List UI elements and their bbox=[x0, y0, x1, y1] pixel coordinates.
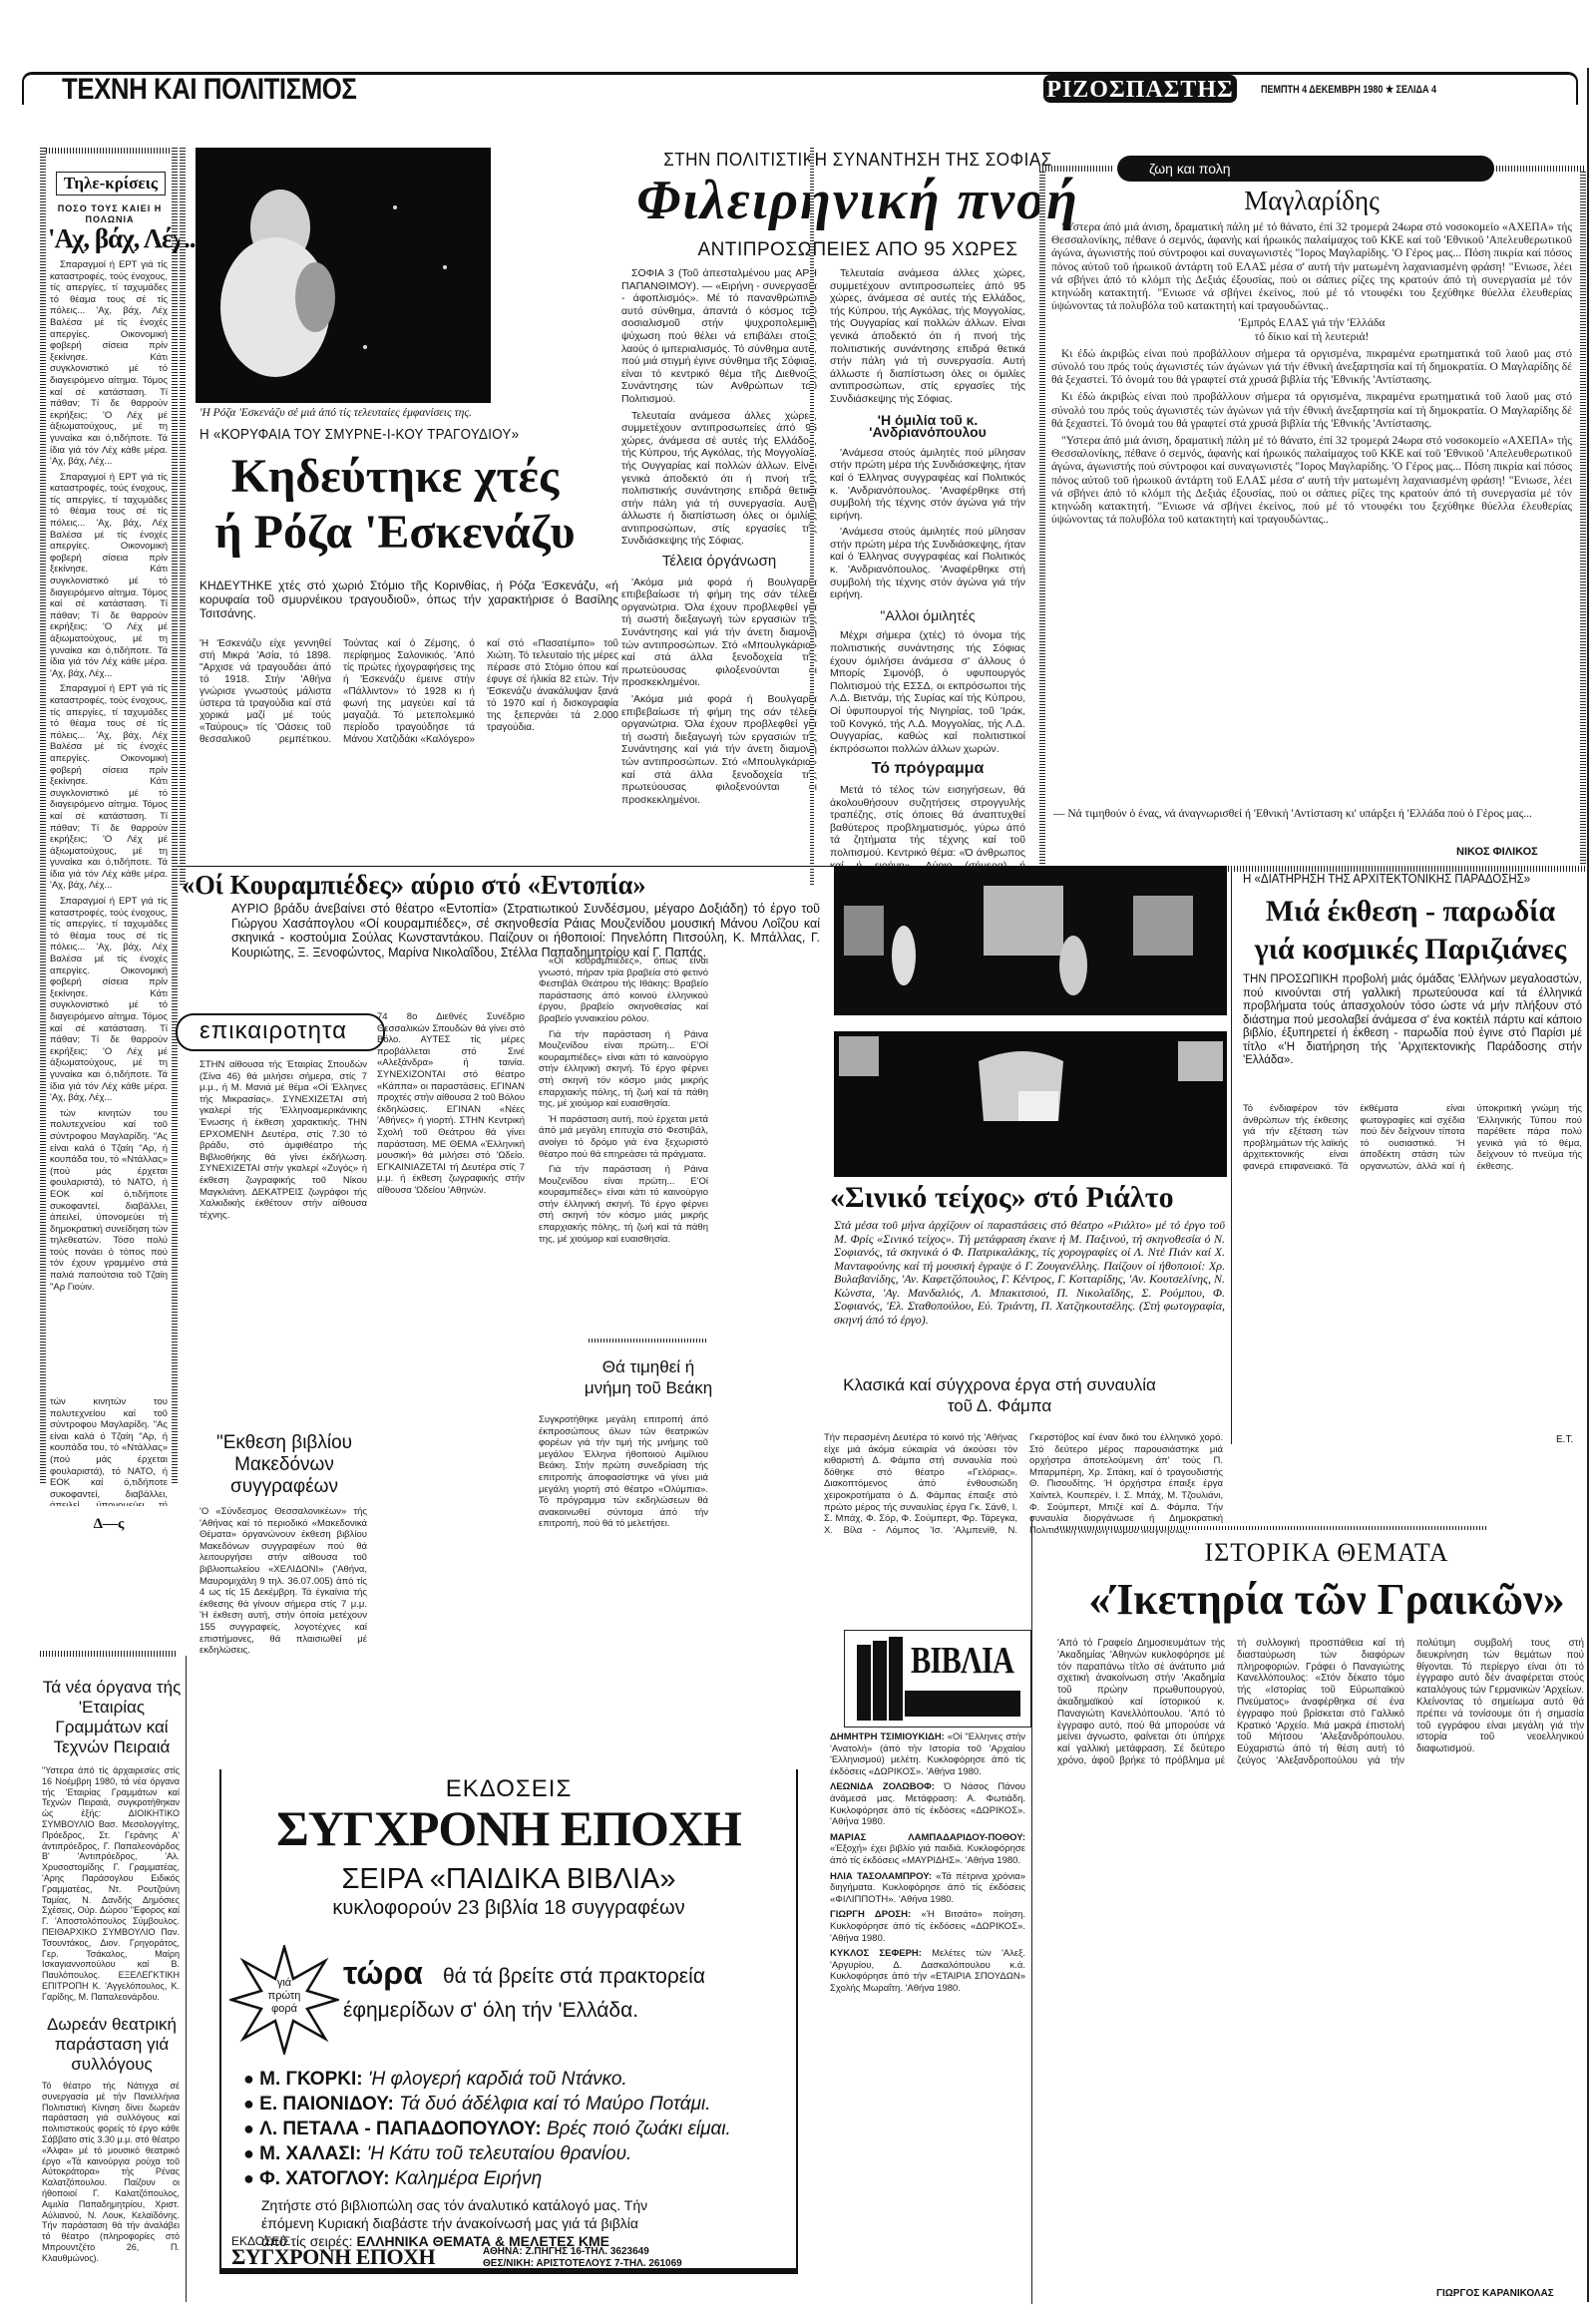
eskenazi-headline-1: Κηδεύτηκε χτές bbox=[196, 451, 595, 503]
section-hatch-rule bbox=[589, 1339, 708, 1343]
ad-address-thess: ΘΕΣ/ΝΙΚΗ: ΑΡΙΣΤΟΤΕΛΟΥΣ 7-ΤΗΛ. 261069 bbox=[483, 2258, 682, 2269]
box-border-top bbox=[1496, 166, 1586, 172]
tilekriseis-box-label: Τηλε-κρίσεις bbox=[56, 172, 166, 195]
page-edge-rule bbox=[1587, 68, 1589, 2302]
ad-subline: κυκλοφορούν 23 βιβλία 18 συγγραφέων bbox=[221, 1897, 796, 1920]
box-border-top bbox=[40, 148, 170, 154]
zoi-body: "Υστερα άπό μιά άνιση, δραματική πάλη μέ… bbox=[1051, 221, 1572, 860]
vivlia-logo: ΒΙΒΛΙΑ bbox=[844, 1630, 1031, 1728]
section-title: ΤΕΧΝΗ ΚΑΙ ΠΟΛΙΤΙΣΜΟΣ bbox=[62, 73, 356, 107]
eskenazi-photo bbox=[196, 148, 491, 403]
ekthesi-headline: "Εκθεση βιβλίου Μακεδόνων συγγραφέων bbox=[199, 1432, 369, 1498]
eskenazi-body: 'Η 'Εσκενάζυ είχε γεννηθεί στή Μικρά 'Ασ… bbox=[199, 638, 618, 878]
ad-book-list: ● Μ. ΓΚΟΡΚΙ: 'Η φλογερή καρδιά τοῦ Ντάνκ… bbox=[243, 2067, 792, 2191]
siniko-body: Στά μέσα τοῦ μήνα άρχίζουν οί παραστάσει… bbox=[834, 1219, 1225, 1368]
dorean-headline: Δωρεάν θεατρική παράσταση γιά συλλόγους bbox=[42, 2015, 182, 2075]
ad-publisher-name: ΣΥΓΧΡΟΝΗ ΕΠΟΧΗ bbox=[221, 1799, 796, 1857]
istorika-signature: ΓΙΩΡΓΟΣ ΚΑΡΑΝΙΚΟΛΑΣ bbox=[1436, 2288, 1554, 2299]
sofia-section-programma: Τό πρόγραμμα bbox=[830, 763, 1025, 776]
siniko-headline: «Σινικό τείχος» στό Ριάλτο bbox=[830, 1181, 1229, 1215]
dorean-body: Τό θέατρο τής Νάτιγχα σέ συνεργασία μέ τ… bbox=[42, 2081, 180, 2302]
parodia-headline-1: Μιά έκθεση - παρωδία bbox=[1233, 894, 1588, 930]
stage-photo-icon bbox=[834, 866, 1227, 1015]
singer-photo-icon bbox=[196, 148, 491, 403]
vivlia-list: ΔΗΜΗΤΡΗ ΤΣΙΜΙΟΥΚΙΔΗ: «Οί "Ελληνες στήν '… bbox=[830, 1732, 1025, 2302]
section-rule bbox=[178, 866, 836, 867]
fampas-headline: Κλασικά καί σύγχρονα έργα στή συναυλία τ… bbox=[830, 1374, 1169, 1416]
istorika-headline: «Ίκετηρία τῶν Γραικῶν» bbox=[1057, 1574, 1596, 1626]
eskenazi-caption: 'Η Ρόζα 'Εσκενάζυ σέ μιά άπό τίς τελευτα… bbox=[199, 407, 598, 419]
box-border-bottom bbox=[40, 1651, 178, 1657]
istorika-kicker: ΙΣΤΟΡΙΚΑ ΘΕΜΑΤΑ bbox=[1057, 1538, 1596, 1568]
kourampiedes-headline: «Οί Κουραμπιέδες» αύριο στό «Εντοπία» bbox=[182, 870, 807, 901]
parodia-lead: ΤΗΝ ΠΡΟΣΩΠΙΚΗ προβολή μιάς όμάδας 'Ελλήν… bbox=[1243, 973, 1582, 1068]
ad-book-item: ● Λ. ΠΕΤΑΛΑ - ΠΑΠΑΔΟΠΟΥΛΟΥ: Βρές ποιό ζω… bbox=[243, 2117, 792, 2141]
box-border-right bbox=[172, 148, 178, 1484]
zoi-quote: — Νά τιμηθούν ό ένας, νά άναγνωρισθεί ή … bbox=[1053, 808, 1572, 821]
ad-book-item: ● Μ. ΓΚΟΡΚΙ: 'Η φλογερή καρδιά τοῦ Ντάνκ… bbox=[243, 2067, 792, 2092]
ad-burst: γιά πρώτη φορά bbox=[229, 1945, 339, 2055]
sofia-body-a: ΣΟΦΙΑ 3 (Τοῦ άπεσταλμένου μας ΑΡΗ ΠΑΠΑΝΘ… bbox=[621, 267, 817, 866]
zoi-signature: ΝΙΚΟΣ ΦΙΛΙΚΟΣ bbox=[1456, 846, 1538, 858]
tilekriseis-kicker: ΠΟΣΟ ΤΟΥΣ ΚΑΙΕΙ Η ΠΟΛΩΝΙΑ bbox=[52, 203, 168, 225]
ad-now-word: τώρα bbox=[343, 1955, 423, 1992]
sofia-body-b: Τελευταία ανάμεσα άλλες χώρες, συμμετέχο… bbox=[830, 267, 1025, 866]
zoi-verse-2: τό δίκιο καί τή λευτεριά! bbox=[1051, 331, 1572, 344]
epikairotita-col2: 74 8ο Διεθνές Συνέδριο Θεσσαλικών Σπουδώ… bbox=[377, 1011, 525, 1749]
parodia-kicker: Η «ΔΙΑΤΗΡΗΣΗ ΤΗΣ ΑΡΧΙΤΕΚΤΟΝΙΚΗΣ ΠΑΡΑΔΟΣΗ… bbox=[1243, 872, 1530, 886]
column-hatch-rule bbox=[810, 148, 814, 886]
etairia-body: "Υστερα άπό τίς άρχαιρεσίες στίς 16 Νοέμ… bbox=[42, 1765, 180, 2005]
kourampiedes-photo bbox=[834, 866, 1227, 1015]
ad-box: ΕΚΔΟΣΕΙΣ ΣΥΓΧΡΟΝΗ ΕΠΟΧΗ ΣΕΙΡΑ «ΠΑΙΔΙΚΑ Β… bbox=[219, 1769, 798, 2274]
epikairotita-label: επικαιροτητα bbox=[176, 1013, 385, 1051]
veakis-body: Συγκροτήθηκε μεγάλη επιτροπή άπό έκπροσώ… bbox=[539, 1414, 708, 1714]
books-icon bbox=[853, 1635, 913, 1725]
parodia-signature: Ε.Τ. bbox=[1556, 1434, 1573, 1445]
sofia-section-teleia: Τέλεια όργάνωση bbox=[621, 556, 817, 569]
zoi-tab-label: ζωη και πολη bbox=[1117, 156, 1494, 182]
etairia-headline: Τά νέα όργανα τής 'Εταιρίας Γραμμάτων κα… bbox=[42, 1678, 182, 1757]
column-rule bbox=[1231, 866, 1232, 1444]
tilekriseis-signature: Δ—ς bbox=[50, 1516, 168, 1533]
veakis-headline: Θά τιμηθεί ή μνήμη τοῦ Βεάκη bbox=[579, 1356, 718, 1398]
ad-book-item: ● Ε. ΠΑΙΟΝΙΔΟΥ: Τά δυό άδέλφια καί τό Μα… bbox=[243, 2092, 792, 2117]
ad-catalog: Ζητήστε στό βιβλιοπώλη σας τόν άναλυτικό… bbox=[261, 2196, 790, 2250]
masthead: ΤΕΧΝΗ ΚΑΙ ΠΟΛΙΤΙΣΜΟΣ ΡΙΖΟΣΠΑΣΤΗΣ ΠΕΜΠΤΗ … bbox=[22, 72, 1578, 105]
ad-address-athens: ΑΘΗΝΑ: Ζ.ΠΗΓΗΣ 16-ΤΗΛ. 3623649 bbox=[483, 2246, 649, 2257]
ekthesi-body: 'Ο «Σύνδεσμος Θεσσαλονικέων» τής 'Αθήνας… bbox=[199, 1506, 367, 1696]
zoi-verse-1: 'Εμπρός ΕΛΑΣ γιά τήν 'Ελλάδα bbox=[1051, 317, 1572, 330]
ad-book-item: ● Φ. ΧΑΤΟΓΛΟΥ: Καλημέρα Ειρήνη bbox=[243, 2166, 792, 2191]
epikairotita-col3: «Οί κουραμπιέδες», όπως είναι γνωστό, πή… bbox=[539, 956, 708, 1853]
newspaper-logo: ΡΙΖΟΣΠΑΣΤΗΣ bbox=[1043, 75, 1237, 103]
column-rule bbox=[186, 1656, 187, 2302]
eskenazi-headline-2: ή Ρόζα 'Εσκενάζυ bbox=[196, 507, 595, 559]
zoi-headline: Μαγλαρίδης bbox=[1047, 186, 1576, 216]
ad-now-line2: έφημερίδων σ' όλη τήν 'Ελλάδα. bbox=[343, 1999, 638, 2023]
ad-series: ΣΕΙΡΑ «ΠΑΙΔΙΚΑ ΒΙΒΛΙΑ» bbox=[221, 1863, 796, 1896]
siniko-photo bbox=[834, 1031, 1227, 1177]
box-border-left bbox=[40, 148, 46, 1484]
ad-footer-name: ΣΥΓΧΡΟΝΗ ΕΠΟΧΗ bbox=[231, 2244, 435, 2270]
eskenazi-lead: ΚΗΔΕΥΤΗΚΕ χτές στό χωριό Στόμιο τῆς Κορι… bbox=[199, 578, 618, 620]
parodia-body: Τό ένδιαφέρον τόν άνθρώπων τής έκθεσης γ… bbox=[1243, 1103, 1582, 1432]
ad-book-item: ● Μ. ΧΑΛΑΣΙ: 'Η Κάτυ τοῦ τελευταίου θραν… bbox=[243, 2141, 792, 2166]
tilekriseis-closing: τών κινητών του πολυτεχνείου καί τοῦ σύν… bbox=[50, 1396, 168, 1506]
book-icon bbox=[905, 1691, 1020, 1717]
section-hatch-rule bbox=[1057, 1526, 1486, 1530]
tilekriseis-body: Σπαραγμοί ή ΕΡΤ γιά τίς καταστροφές, τού… bbox=[50, 259, 168, 1386]
sofia-section-alloi: "Αλλοι όμιλητές bbox=[830, 609, 1025, 622]
box-border-top bbox=[1039, 166, 1114, 172]
box-border-left bbox=[1039, 166, 1045, 870]
box-border-right bbox=[1580, 166, 1586, 870]
stage-photo-icon bbox=[834, 1031, 1227, 1177]
eskenazi-kicker: Η «ΚΟΡΥΦΑΙΑ ΤΟΥ ΣΜΥΡΝΕ-Ι-ΚΟΥ ΤΡΑΓΟΥΔΙΟΥ» bbox=[199, 427, 519, 443]
ad-now-line1: θά τά βρείτε στά πρακτορεία bbox=[443, 1965, 705, 1989]
sofia-section-omilia: 'Η όμιλία τοῦ κ. 'Ανδριανόπουλου bbox=[830, 414, 1025, 439]
column-hatch-rule bbox=[180, 148, 186, 886]
istorika-body: 'Από τό Γραφείο Δημοσιευμάτων τής 'Ακαδη… bbox=[1057, 1638, 1584, 2286]
tilekriseis-headline: 'Αχ, βάχ, Λέχ... bbox=[48, 223, 174, 254]
column-rule bbox=[1031, 1516, 1032, 2304]
parodia-headline-2: γιά κοσμικές Παριζιάνες bbox=[1233, 932, 1588, 967]
dateline: ΠΕΜΠΤΗ 4 ΔΕΚΕΜΒΡΗ 1980 ★ ΣΕΛΙΔΑ 4 bbox=[1261, 83, 1436, 96]
kourampiedes-lead: ΑΥΡΙΟ βράδυ άνεβαίνει στό θέατρο «Εντοπί… bbox=[231, 902, 820, 960]
